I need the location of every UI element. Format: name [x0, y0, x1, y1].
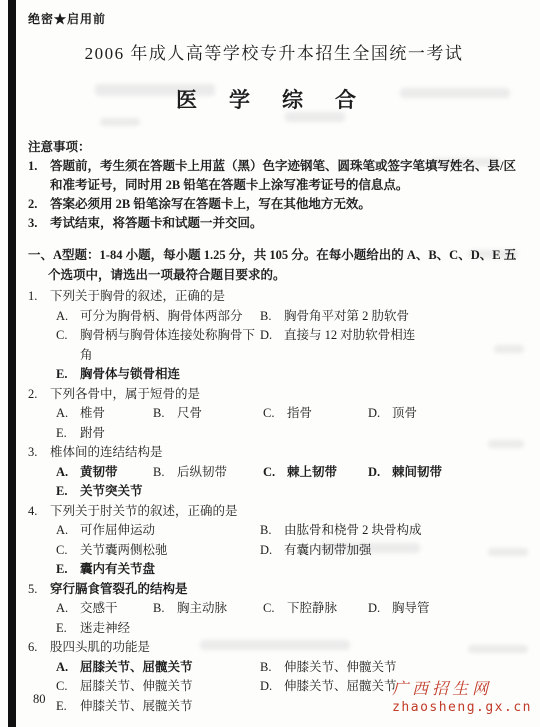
option-text: 椎骨	[80, 404, 153, 424]
option-label: D.	[260, 326, 284, 365]
option-text: 棘上韧带	[287, 463, 368, 483]
option-e: E. 迷走神经	[56, 619, 520, 639]
question-stem: 穿行膈食管裂孔的结构是	[50, 580, 520, 600]
option-label: C.	[56, 677, 80, 697]
option-text: 关节囊两侧松驰	[80, 541, 260, 561]
exam-title: 2006 年成人高等学校专升本招生全国统一考试	[28, 39, 520, 64]
option-text: 指骨	[287, 404, 368, 424]
question-3: 3. 椎体间的连结结构是 A. 黄韧带 B. 后纵韧带 C. 棘上韧带	[28, 443, 520, 502]
question-stem-row: 3. 椎体间的连结结构是	[28, 443, 520, 463]
option-label: E.	[56, 482, 80, 502]
notice-item-number: 2.	[28, 195, 50, 214]
question-stem-row: 1. 下列关于胸骨的叙述，正确的是	[28, 287, 520, 307]
option-label: C.	[263, 599, 287, 619]
question-number: 4.	[28, 502, 50, 522]
option-label: B.	[153, 463, 177, 483]
option-text: 屈膝关节、伸髋关节	[80, 677, 260, 697]
option-text: 关节突关节	[80, 482, 520, 502]
option-text: 囊内有关节盘	[80, 560, 520, 580]
notice-item-number: 1.	[28, 157, 50, 195]
option-a: A. 可分为胸骨柄、胸骨体两部分	[56, 307, 260, 327]
option-grid: A. 椎骨 B. 尺骨 C. 指骨 D. 顶骨	[56, 404, 520, 443]
site-brand-name: 广西招生网	[392, 681, 532, 699]
option-c: C. 下腔静脉	[263, 599, 368, 619]
option-label: A.	[56, 404, 80, 424]
option-label: B.	[260, 658, 284, 678]
option-label: C.	[263, 463, 287, 483]
notice-item-text: 考试结束，将答题卡和试题一并交回。	[50, 214, 520, 233]
option-text: 胸主动脉	[177, 599, 263, 619]
option-text: 直接与 12 对肋软骨相连	[284, 326, 520, 365]
option-text: 屈膝关节、屈髋关节	[80, 658, 260, 678]
notice-item-number: 3.	[28, 214, 50, 233]
option-label: E.	[56, 619, 80, 639]
option-label: B.	[153, 404, 177, 424]
question-stem-row: 4. 下列关于肘关节的叙述，正确的是	[28, 502, 520, 522]
question-stem: 下列各骨中，属于短骨的是	[50, 385, 520, 405]
option-b: B. 后纵韧带	[153, 463, 263, 483]
option-a: A. 椎骨	[56, 404, 153, 424]
option-text: 胸骨柄与胸骨体连接处称胸骨下角	[80, 326, 260, 365]
option-label: A.	[56, 599, 80, 619]
question-number: 1.	[28, 287, 50, 307]
option-a: A. 屈膝关节、屈髋关节	[56, 658, 260, 678]
option-c: C. 棘上韧带	[263, 463, 368, 483]
option-label: C.	[56, 326, 80, 365]
question-number: 6.	[28, 638, 50, 658]
question-stem-row: 2. 下列各骨中，属于短骨的是	[28, 385, 520, 405]
option-text: 胸导管	[392, 599, 520, 619]
option-label: D.	[368, 404, 392, 424]
page-number: 80	[33, 692, 46, 707]
option-label: D.	[260, 677, 284, 697]
option-b: B. 胸骨角平对第 2 肋软骨	[260, 307, 520, 327]
option-text: 跗骨	[80, 424, 520, 444]
notice-item-text: 答题前，考生须在答题卡上用蓝（黑）色字迹钢笔、圆珠笔或签字笔填写姓名、县/区和准…	[50, 157, 520, 195]
notice-item: 1. 答题前，考生须在答题卡上用蓝（黑）色字迹钢笔、圆珠笔或签字笔填写姓名、县/…	[28, 157, 520, 195]
site-brand: 广西招生网 zhaosheng.gx.cn	[392, 681, 532, 717]
option-text: 尺骨	[177, 404, 263, 424]
option-a: A. 交感干	[56, 599, 153, 619]
option-grid: A. 可作屈伸运动 B. 由肱骨和桡骨 2 块骨构成 C. 关节囊两侧松驰 D.…	[56, 521, 520, 580]
option-label: B.	[260, 521, 284, 541]
subject-title: 医学综合	[28, 84, 520, 114]
question-stem: 下列关于胸骨的叙述，正确的是	[50, 287, 520, 307]
notice-item: 3. 考试结束，将答题卡和试题一并交回。	[28, 214, 520, 233]
option-d: D. 有囊内韧带加强	[260, 541, 520, 561]
site-brand-url: zhaosheng.gx.cn	[392, 699, 532, 717]
option-label: B.	[260, 307, 284, 327]
notice-item: 2. 答案必须用 2B 铅笔涂写在答题卡上，写在其他地方无效。	[28, 195, 520, 214]
option-text: 黄韧带	[80, 463, 153, 483]
option-c: C. 指骨	[263, 404, 368, 424]
page-content: 绝密★启用前 2006 年成人高等学校专升本招生全国统一考试 医学综合 注意事项…	[0, 0, 540, 716]
exam-paper-page: 绝密★启用前 2006 年成人高等学校专升本招生全国统一考试 医学综合 注意事项…	[0, 0, 540, 727]
option-label: E.	[56, 697, 80, 717]
question-number: 5.	[28, 580, 50, 600]
question-4: 4. 下列关于肘关节的叙述，正确的是 A. 可作屈伸运动 B. 由肱骨和桡骨 2…	[28, 502, 520, 580]
notice-heading: 注意事项：	[28, 138, 520, 157]
notice-block: 注意事项： 1. 答题前，考生须在答题卡上用蓝（黑）色字迹钢笔、圆珠笔或签字笔填…	[28, 138, 520, 233]
option-text: 胸骨体与锁骨相连	[80, 365, 520, 385]
option-e: E. 囊内有关节盘	[56, 560, 520, 580]
notice-item-text: 答案必须用 2B 铅笔涂写在答题卡上，写在其他地方无效。	[50, 195, 520, 214]
option-grid: A. 交感干 B. 胸主动脉 C. 下腔静脉 D. 胸导管	[56, 599, 520, 638]
question-stem: 椎体间的连结结构是	[50, 443, 520, 463]
option-c: C. 胸骨柄与胸骨体连接处称胸骨下角	[56, 326, 260, 365]
section-heading: 一、A型题：1-84 小题，每小题 1.25 分，共 105 分。在每小题给出的…	[28, 245, 520, 285]
option-e: E. 跗骨	[56, 424, 520, 444]
option-text: 由肱骨和桡骨 2 块骨构成	[284, 521, 520, 541]
option-label: A.	[56, 463, 80, 483]
option-label: E.	[56, 365, 80, 385]
option-text: 有囊内韧带加强	[284, 541, 520, 561]
option-text: 伸膝关节、伸髋关节	[284, 658, 520, 678]
option-e: E. 胸骨体与锁骨相连	[56, 365, 520, 385]
option-label: D.	[368, 599, 392, 619]
question-list: 1. 下列关于胸骨的叙述，正确的是 A. 可分为胸骨柄、胸骨体两部分 B. 胸骨…	[28, 287, 520, 716]
option-text: 后纵韧带	[177, 463, 263, 483]
option-label: C.	[263, 404, 287, 424]
question-1: 1. 下列关于胸骨的叙述，正确的是 A. 可分为胸骨柄、胸骨体两部分 B. 胸骨…	[28, 287, 520, 385]
option-grid: A. 可分为胸骨柄、胸骨体两部分 B. 胸骨角平对第 2 肋软骨 C. 胸骨柄与…	[56, 307, 520, 385]
question-2: 2. 下列各骨中，属于短骨的是 A. 椎骨 B. 尺骨 C. 指骨	[28, 385, 520, 444]
option-grid: A. 黄韧带 B. 后纵韧带 C. 棘上韧带 D. 棘间韧带	[56, 463, 520, 502]
option-d: D. 顶骨	[368, 404, 520, 424]
option-text: 顶骨	[392, 404, 520, 424]
option-label: E.	[56, 424, 80, 444]
option-text: 可作屈伸运动	[80, 521, 260, 541]
option-text: 胸骨角平对第 2 肋软骨	[284, 307, 520, 327]
classification-label: 绝密★启用前	[28, 10, 520, 27]
option-c: C. 关节囊两侧松驰	[56, 541, 260, 561]
option-b: B. 胸主动脉	[153, 599, 263, 619]
question-stem: 股四头肌的功能是	[50, 638, 520, 658]
option-text: 交感干	[80, 599, 153, 619]
option-label: D.	[260, 541, 284, 561]
question-stem-row: 5. 穿行膈食管裂孔的结构是	[28, 580, 520, 600]
option-c: C. 屈膝关节、伸髋关节	[56, 677, 260, 697]
option-label: B.	[153, 599, 177, 619]
option-d: D. 棘间韧带	[368, 463, 520, 483]
option-label: C.	[56, 541, 80, 561]
option-b: B. 由肱骨和桡骨 2 块骨构成	[260, 521, 520, 541]
option-d: D. 胸导管	[368, 599, 520, 619]
question-number: 3.	[28, 443, 50, 463]
option-e: E. 关节突关节	[56, 482, 520, 502]
option-text: 迷走神经	[80, 619, 520, 639]
option-b: B. 伸膝关节、伸髋关节	[260, 658, 520, 678]
option-label: A.	[56, 658, 80, 678]
question-stem-row: 6. 股四头肌的功能是	[28, 638, 520, 658]
option-d: D. 直接与 12 对肋软骨相连	[260, 326, 520, 365]
question-5: 5. 穿行膈食管裂孔的结构是 A. 交感干 B. 胸主动脉 C. 下腔静脉	[28, 580, 520, 639]
option-label: D.	[368, 463, 392, 483]
option-label: A.	[56, 521, 80, 541]
question-stem: 下列关于肘关节的叙述，正确的是	[50, 502, 520, 522]
option-label: A.	[56, 307, 80, 327]
option-text: 棘间韧带	[392, 463, 520, 483]
option-text: 下腔静脉	[287, 599, 368, 619]
option-text: 可分为胸骨柄、胸骨体两部分	[80, 307, 260, 327]
option-label: E.	[56, 560, 80, 580]
option-a: A. 黄韧带	[56, 463, 153, 483]
option-b: B. 尺骨	[153, 404, 263, 424]
option-a: A. 可作屈伸运动	[56, 521, 260, 541]
question-number: 2.	[28, 385, 50, 405]
